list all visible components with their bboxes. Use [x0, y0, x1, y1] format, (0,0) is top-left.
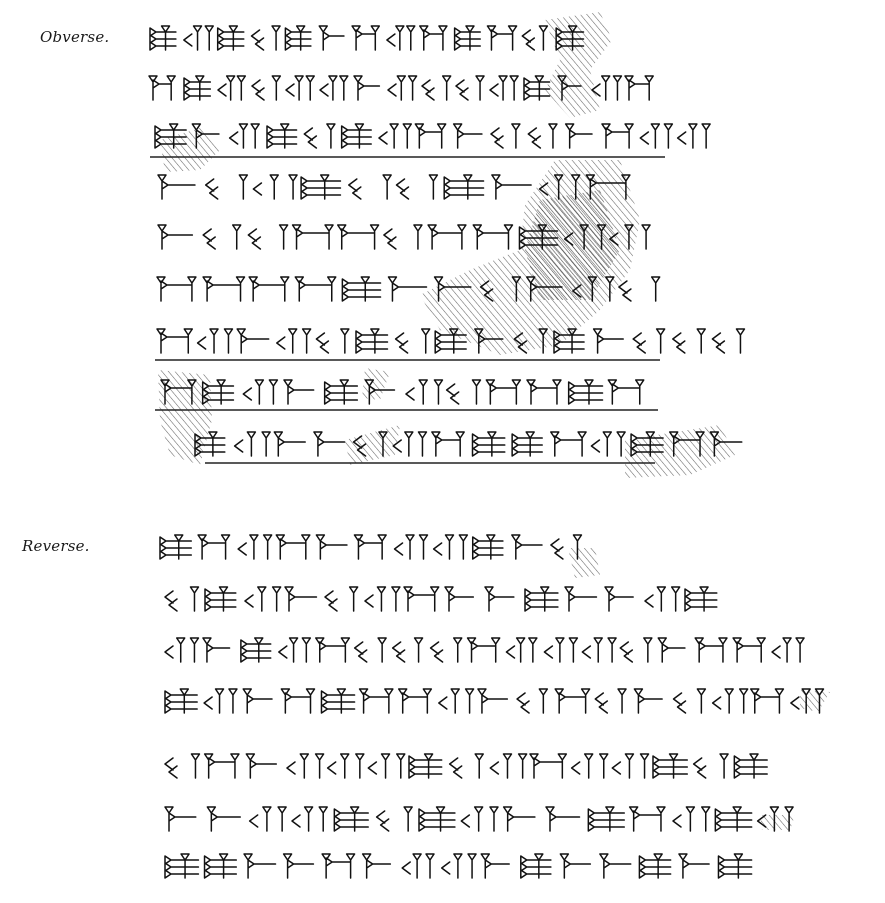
- cuneiform-sign: [158, 225, 192, 249]
- cuneiform-sign: [404, 587, 439, 611]
- cuneiform-sign: [334, 807, 368, 831]
- cuneiform-sign: [388, 76, 417, 100]
- cuneiform-sign: [316, 329, 348, 353]
- cuneiform-sign: [595, 689, 626, 713]
- cuneiform-sign: [276, 535, 310, 559]
- cuneiform-sign: [544, 638, 577, 662]
- cuneiform-sign: [591, 432, 625, 456]
- cuneiform-sign: [322, 854, 354, 878]
- cuneiform-sign: [504, 807, 535, 831]
- cuneiform-sign: [473, 432, 505, 456]
- cuneiform-sign: [388, 277, 426, 301]
- cuneiform-sign: [718, 854, 751, 878]
- cuneiform-sign: [473, 535, 503, 559]
- cuneiform-sign: [149, 76, 175, 100]
- cuneiform-sign: [321, 689, 354, 713]
- cuneiform-sign: [165, 807, 196, 831]
- cuneiform-sign: [277, 329, 311, 353]
- cuneiform-sign: [566, 124, 592, 148]
- cuneiform-sign: [734, 754, 767, 778]
- cuneiform-sign: [751, 689, 784, 713]
- cuneiform-sign: [319, 26, 344, 50]
- cuneiform-sign: [157, 329, 192, 353]
- cuneiform-sign: [379, 124, 411, 148]
- cuneiform-sign: [365, 587, 400, 611]
- cuneiform-sign: [630, 807, 665, 831]
- cuneiform-sign: [368, 754, 404, 778]
- cuneiform-sign: [522, 26, 547, 50]
- cuneiform-sign: [569, 380, 603, 404]
- cuneiform-sign: [422, 76, 451, 100]
- cuneiform-sign: [673, 329, 705, 353]
- cuneiform-sign: [432, 432, 464, 456]
- cuneiform-sign: [594, 329, 624, 353]
- cuneiform-sign: [402, 854, 434, 878]
- cuneiform-sign: [600, 854, 631, 878]
- cuneiform-sign: [639, 854, 670, 878]
- cuneiform-sign: [246, 754, 276, 778]
- cuneiform-sign: [485, 587, 514, 611]
- cuneiform-sign: [527, 380, 561, 404]
- cuneiform-sign: [292, 807, 327, 831]
- cuneiform-sign: [285, 26, 310, 50]
- cuneiform-sign: [420, 26, 447, 50]
- cuneiform-sign: [487, 26, 516, 50]
- cuneiform-sign: [245, 587, 281, 611]
- cuneiform-sign: [560, 854, 590, 878]
- cuneiform-sign: [490, 76, 518, 100]
- cuneiform-sign: [274, 432, 305, 456]
- cuneiform-sign: [320, 76, 348, 100]
- cuneiform-sign: [250, 807, 286, 831]
- cuneiform-sign: [205, 754, 239, 778]
- cuneiform-sign: [454, 124, 482, 148]
- cuneiform-sign: [439, 689, 474, 713]
- cuneiform-sign: [314, 432, 345, 456]
- cuneiform-sign: [218, 76, 245, 100]
- cuneiform-sign: [285, 587, 316, 611]
- cuneiform-sign: [363, 854, 391, 878]
- cuneiform-sign: [695, 638, 727, 662]
- cuneiform-sign: [165, 689, 197, 713]
- cuneiform-sign: [445, 587, 473, 611]
- cuneiform-sign: [409, 754, 442, 778]
- cuneiform-sign: [455, 26, 481, 50]
- cuneiform-sign: [218, 26, 244, 50]
- cuneiform-sign: [184, 76, 210, 100]
- cuneiform-sign: [384, 225, 422, 249]
- cuneiform-sign: [165, 638, 198, 662]
- cuneiform-sign: [620, 638, 652, 662]
- cuneiform-sign: [237, 329, 268, 353]
- cuneiform-sign: [658, 638, 685, 662]
- cuneiform-sign: [354, 76, 379, 100]
- cuneiform-sign: [203, 638, 230, 662]
- cuneiform-sign: [512, 432, 542, 456]
- cuneiform-sign: [238, 535, 271, 559]
- cuneiform-sign: [248, 225, 287, 249]
- cuneiform-sign: [198, 329, 233, 353]
- cuneiform-sign: [525, 587, 558, 611]
- cuneiform-sign: [387, 26, 415, 50]
- cuneiform-sign: [198, 535, 229, 559]
- cuneiform-sign: [415, 124, 445, 148]
- cuneiform-sign: [450, 754, 484, 778]
- cuneiform-sign: [356, 329, 387, 353]
- cuneiform-sign: [685, 587, 717, 611]
- cuneiform-sign: [235, 432, 271, 456]
- cuneiform-sign: [605, 587, 633, 611]
- cuneiform-sign: [281, 689, 314, 713]
- cuneiform-sign: [619, 277, 660, 301]
- cuneiform-sign: [551, 432, 586, 456]
- cuneiform-sign: [640, 124, 672, 148]
- cuneiform-sign: [442, 854, 476, 878]
- cuneiform-sign: [279, 638, 311, 662]
- cuneiform-sign: [674, 689, 706, 713]
- cuneiform-sign: [295, 277, 335, 301]
- cuneiform-sign: [252, 76, 280, 100]
- cuneiform-sign: [678, 124, 710, 148]
- cuneiform-sign: [304, 124, 335, 148]
- cuneiform-sign: [528, 124, 557, 148]
- cuneiform-sign: [157, 277, 196, 301]
- cuneiform-sign: [772, 638, 804, 662]
- cuneiform-sign: [517, 689, 547, 713]
- cuneiform-sign: [612, 754, 648, 778]
- cuneiform-sign: [349, 175, 391, 199]
- cuneiform-sign: [395, 535, 428, 559]
- cuneiform-sign: [253, 175, 297, 199]
- cuneiform-sign: [565, 587, 596, 611]
- cuneiform-sign: [206, 175, 248, 199]
- cuneiform-sign: [506, 638, 536, 662]
- cuneiform-sign: [360, 689, 393, 713]
- cuneiform-sign: [338, 225, 379, 249]
- cuneiform-sign: [712, 329, 744, 353]
- cuneiform-sign: [431, 638, 462, 662]
- cuneiform-sign: [393, 638, 423, 662]
- cuneiform-sign: [486, 380, 520, 404]
- cuneiform-sign: [293, 225, 334, 249]
- cuneiform-sign: [588, 807, 624, 831]
- cuneiform-sign: [679, 854, 709, 878]
- cuneiform-sign: [205, 854, 237, 878]
- cuneiform-sign: [158, 175, 195, 199]
- cuneiform-sign: [205, 587, 236, 611]
- cuneiform-sign: [444, 175, 483, 199]
- cuneiform-sign: [625, 76, 653, 100]
- cuneiform-sign: [406, 380, 442, 404]
- cuneiform-sign: [733, 638, 765, 662]
- cuneiform-sign: [325, 380, 358, 404]
- cuneiform-sign: [284, 380, 314, 404]
- cuneiform-sign: [524, 76, 550, 100]
- cuneiform-sign: [342, 277, 380, 301]
- cuneiform-sign: [602, 124, 633, 148]
- cuneiform-sign: [572, 754, 608, 778]
- cuneiform-sign: [468, 638, 500, 662]
- cuneiform-sign: [243, 689, 272, 713]
- cuneiform-sign: [456, 76, 484, 100]
- cuneiform-sign: [165, 587, 198, 611]
- cuneiform-sign: [399, 689, 432, 713]
- cuneiform-sign: [608, 380, 643, 404]
- cuneiform-sign: [352, 26, 379, 50]
- cuneiform-sign: [397, 175, 438, 199]
- cuneiform-sign: [461, 807, 498, 831]
- cuneiform-sign: [203, 225, 241, 249]
- cuneiform-sign: [267, 124, 297, 148]
- cuneiform-sign: [673, 807, 710, 831]
- cuneiform-sign: [428, 225, 466, 249]
- cuneiform-sign: [316, 535, 347, 559]
- cuneiform-sign: [546, 807, 580, 831]
- cuneiform-sign: [481, 854, 509, 878]
- cuneiform-sign: [204, 689, 237, 713]
- cuneiform-sign: [207, 807, 240, 831]
- cuneiform-sign: [377, 807, 412, 831]
- cuneiform-sign: [434, 535, 468, 559]
- cuneiform-sign: [286, 76, 314, 100]
- cuneiform-sign: [530, 754, 566, 778]
- cuneiform-sign: [243, 380, 277, 404]
- cuneiform-sign: [184, 26, 213, 50]
- cuneiform-sign: [419, 807, 455, 831]
- cuneiform-sign: [396, 329, 430, 353]
- cuneiform-sign: [203, 277, 244, 301]
- cuneiform-sign: [694, 754, 728, 778]
- cuneiform-sign: [512, 535, 542, 559]
- cuneiform-sign: [582, 638, 616, 662]
- tablet-drawing: [0, 0, 885, 903]
- cuneiform-sign: [447, 380, 481, 404]
- cuneiform-sign: [473, 225, 512, 249]
- cuneiform-sign: [284, 854, 314, 878]
- cuneiform-sign: [555, 689, 589, 713]
- cuneiform-sign: [316, 638, 350, 662]
- cuneiform-sign: [287, 754, 324, 778]
- cuneiform-sign: [713, 689, 748, 713]
- cuneiform-sign: [328, 754, 364, 778]
- cuneiform-sign: [491, 124, 520, 148]
- cuneiform-sign: [160, 535, 191, 559]
- cuneiform-sign: [355, 638, 386, 662]
- cuneiform-sign: [633, 329, 664, 353]
- cuneiform-sign: [490, 754, 526, 778]
- cuneiform-sign: [478, 689, 507, 713]
- cuneiform-sign: [354, 535, 386, 559]
- cuneiform-sign: [325, 587, 358, 611]
- cuneiform-sign: [252, 26, 281, 50]
- cuneiform-sign: [244, 854, 275, 878]
- cuneiform-sign: [249, 277, 289, 301]
- cuneiform-sign: [241, 638, 271, 662]
- cuneiform-sign: [645, 587, 680, 611]
- cuneiform-sign: [165, 754, 199, 778]
- cuneiform-sign: [551, 535, 582, 559]
- cuneiform-sign: [150, 26, 176, 50]
- cuneiform-sign: [492, 175, 531, 199]
- cuneiform-sign: [230, 124, 260, 148]
- cuneiform-sign: [165, 854, 198, 878]
- cuneiform-sign: [715, 807, 751, 831]
- cuneiform-sign: [342, 124, 372, 148]
- cuneiform-sign: [521, 854, 551, 878]
- cuneiform-sign: [634, 689, 662, 713]
- cuneiform-sign: [301, 175, 340, 199]
- cuneiform-sign: [653, 754, 687, 778]
